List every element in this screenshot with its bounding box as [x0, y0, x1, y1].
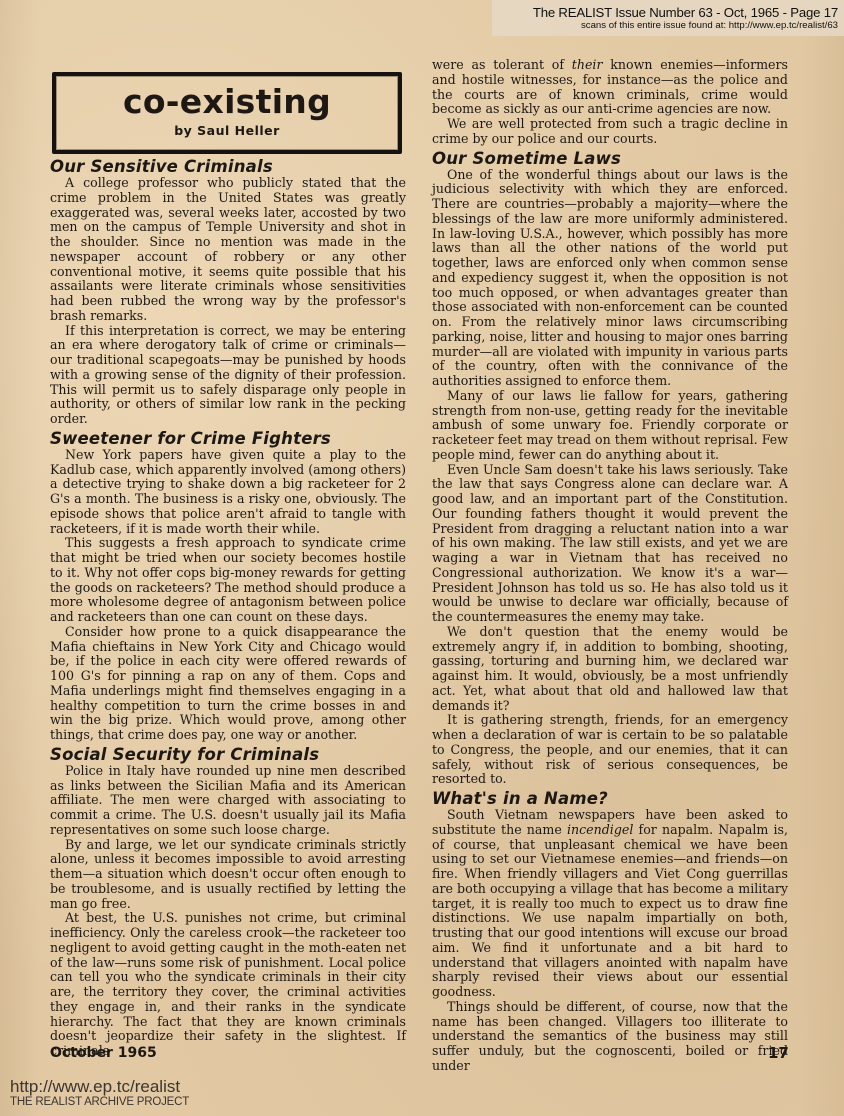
paragraph: South Vietnam newspapers have been asked…: [432, 808, 788, 1000]
paragraph: New York papers have given quite a play …: [50, 448, 406, 537]
archive-scan-link[interactable]: scans of this entire issue found at: htt…: [492, 20, 838, 32]
text-run: were as tolerant of: [432, 57, 572, 72]
emphasis: their: [572, 57, 603, 72]
article-byline: by Saul Heller: [56, 123, 398, 138]
archive-footer: http://www.ep.tc/realist THE REALIST ARC…: [10, 1078, 189, 1109]
right-column: were as tolerant of their known enemies—…: [432, 58, 788, 1074]
paragraph: By and large, we let our syndicate crimi…: [50, 838, 406, 912]
paragraph: Consider how prone to a quick disappeara…: [50, 625, 406, 743]
archive-project-name: THE REALIST ARCHIVE PROJECT: [10, 1095, 189, 1109]
text-run: for napalm. Napalm is, of course, that u…: [432, 822, 788, 999]
paragraph: If this interpretation is correct, we ma…: [50, 324, 406, 427]
paragraph: A college professor who publicly stated …: [50, 176, 406, 324]
section-heading: Sweetener for Crime Fighters: [50, 430, 406, 448]
paragraph: We are well protected from such a tragic…: [432, 117, 788, 147]
archive-url-link[interactable]: http://www.ep.tc/realist: [10, 1078, 189, 1095]
section-heading: Our Sensitive Criminals: [50, 158, 406, 176]
paragraph: This suggests a fresh approach to syndic…: [50, 536, 406, 625]
footer-date: October 1965: [50, 1045, 157, 1061]
paragraph-continuation: were as tolerant of their known enemies—…: [432, 58, 788, 117]
section-heading: Our Sometime Laws: [432, 150, 788, 168]
section-heading: Social Security for Criminals: [50, 746, 406, 764]
page-number: 17: [768, 1044, 789, 1062]
emphasis: incendigel: [567, 822, 633, 837]
archive-issue-info: The REALIST Issue Number 63 - Oct, 1965 …: [492, 5, 838, 20]
paragraph: Many of our laws lie fallow for years, g…: [432, 389, 788, 463]
paragraph: Police in Italy have rounded up nine men…: [50, 764, 406, 838]
section-heading: What's in a Name?: [432, 790, 788, 808]
paragraph: We don't question that the enemy would b…: [432, 625, 788, 714]
article-title-box: co-existing by Saul Heller: [52, 72, 402, 154]
left-column: co-existing by Saul Heller Our Sensitive…: [50, 62, 406, 1059]
paragraph: At best, the U.S. punishes not crime, bu…: [50, 911, 406, 1059]
paragraph: Even Uncle Sam doesn't take his laws ser…: [432, 463, 788, 625]
paragraph: Things should be different, of course, n…: [432, 1000, 788, 1074]
archive-header: The REALIST Issue Number 63 - Oct, 1965 …: [492, 0, 844, 36]
article-title: co-existing: [56, 85, 398, 119]
paragraph: It is gathering strength, friends, for a…: [432, 713, 788, 787]
paragraph: One of the wonderful things about our la…: [432, 168, 788, 389]
